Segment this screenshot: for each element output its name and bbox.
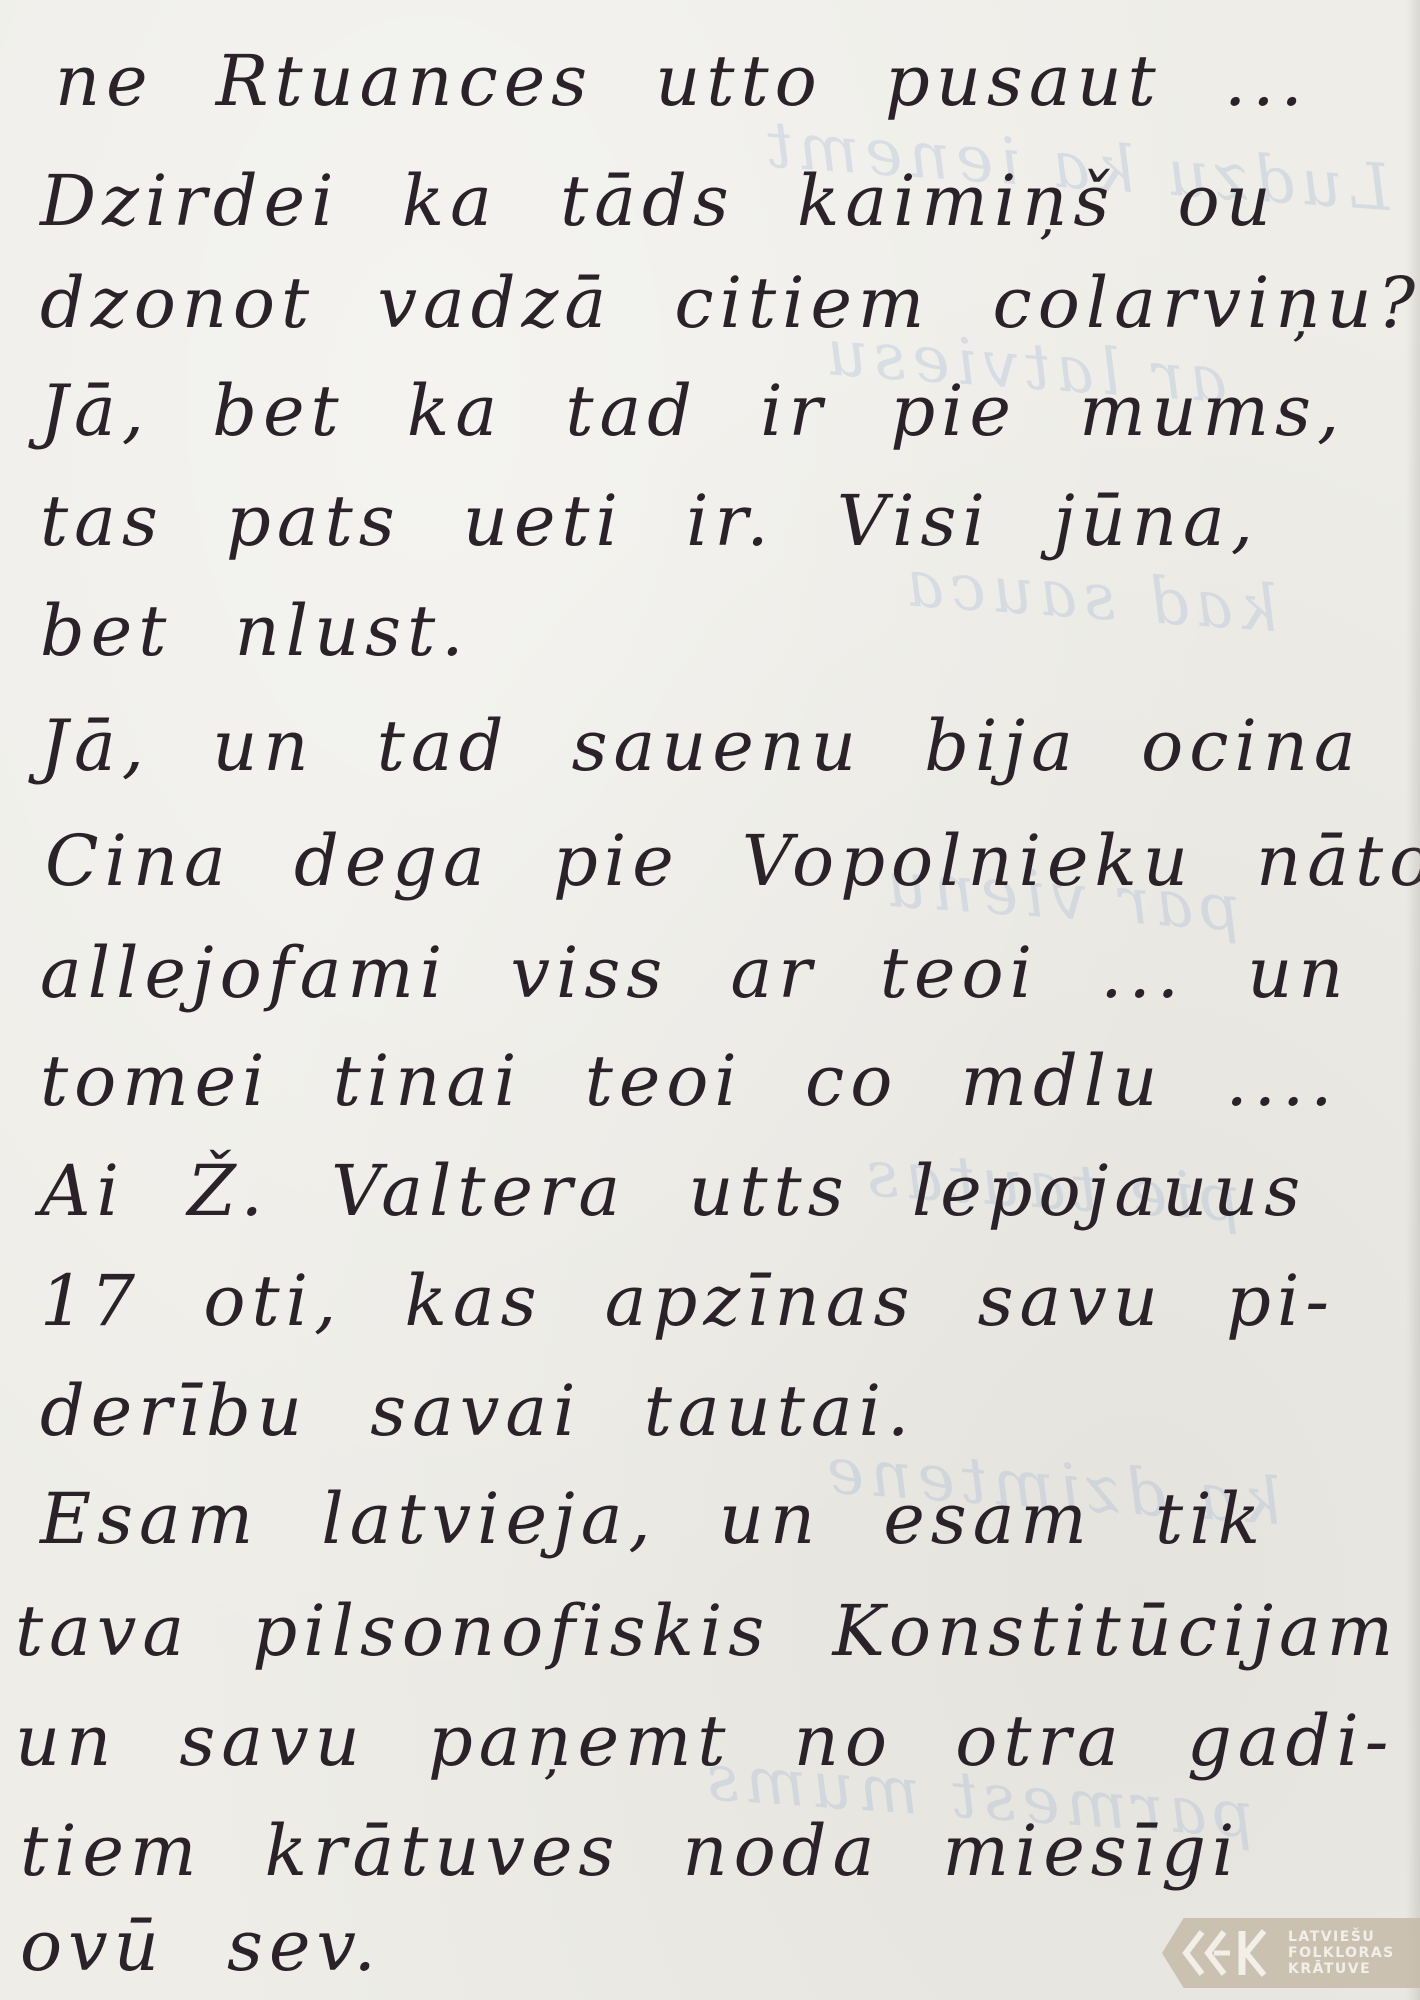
handwritten-text: ne Rtuances utto pusaut ... Dzirdei ka t…	[0, 0, 1420, 2000]
page-edge-shadow	[1406, 0, 1420, 2000]
watermark-line: FOLKLORAS	[1288, 1945, 1420, 1961]
text-line: tava pilsonofiskis Konstitūcijam	[15, 1590, 1399, 1672]
text-line: 17 oti, kas apzīnas savu pi-	[40, 1260, 1335, 1342]
text-line: bet nlust.	[40, 590, 469, 672]
text-line: derību savai tautai.	[40, 1370, 915, 1452]
text-line: Jā, un tad sauenu bija ocina	[40, 705, 1362, 787]
text-line: tiem krātuves noda miesīgi	[20, 1810, 1240, 1892]
watermark-text: LATVIEŠU FOLKLORAS KRĀTUVE	[1282, 1918, 1420, 1988]
text-line: Cina dega pie Vopolnieku nāto	[45, 820, 1420, 902]
text-line: tomei tinai teoi co mdlu ....	[40, 1040, 1339, 1122]
text-line: ne Rtuances utto pusaut ...	[55, 40, 1309, 122]
text-line: Esam latvieja, un esam tik	[40, 1478, 1266, 1560]
watermark-line: KRĀTUVE	[1288, 1961, 1420, 1977]
text-line: Ai Ž. Valtera utts lepojauus	[40, 1150, 1306, 1232]
manuscript-page: Ludzu ka ienemt ar latviesu kad sauca pa…	[0, 0, 1420, 2000]
text-line: ovū sev.	[20, 1905, 382, 1987]
archive-watermark-logo: LATVIEŠU FOLKLORAS KRĀTUVE	[1162, 1918, 1420, 1988]
text-line: Jā, bet ka tad ir pie mums,	[40, 370, 1345, 452]
text-line: dzonot vadzā citiem colarviņu?	[40, 262, 1420, 344]
watermark-line: LATVIEŠU	[1288, 1929, 1420, 1945]
text-line: un savu paņemt no otra gadi-	[15, 1700, 1394, 1782]
lfk-logo-icon	[1162, 1918, 1282, 1988]
text-line: tas pats ueti ir. Visi jūna,	[40, 480, 1259, 562]
text-line: Dzirdei ka tāds kaimiņš ou	[40, 160, 1277, 242]
text-line: allejofami viss ar teoi ... un	[40, 932, 1349, 1014]
